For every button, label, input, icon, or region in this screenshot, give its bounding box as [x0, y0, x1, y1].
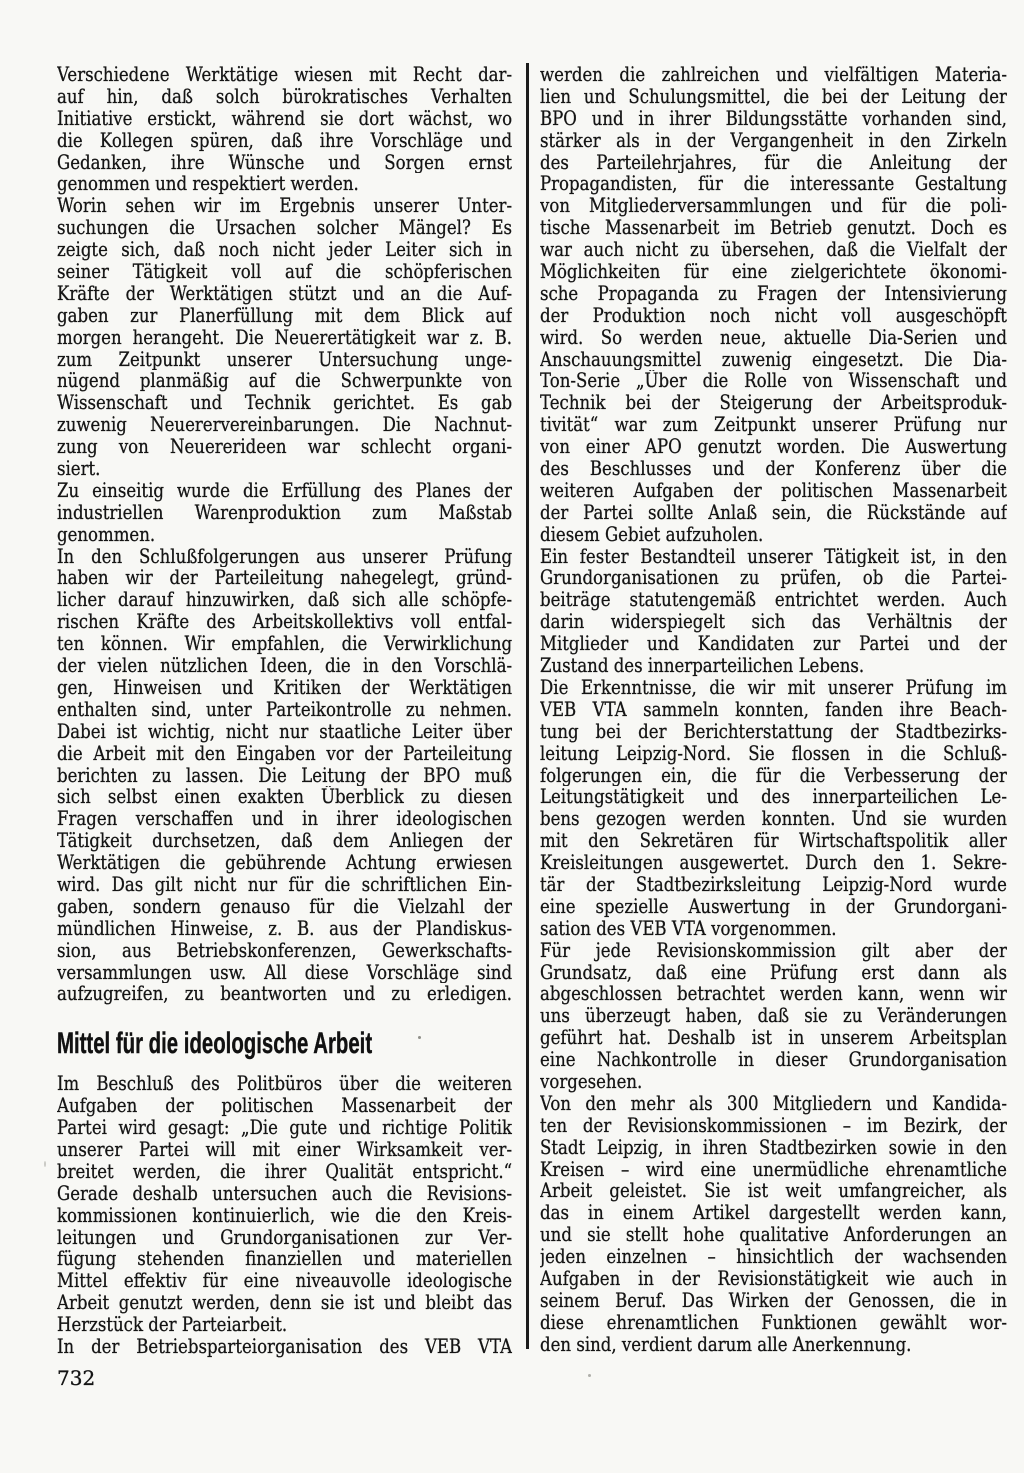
- text-line: aufzugreifen, zu beantworten und zu erle…: [57, 983, 512, 1005]
- text-line: VEB VTA sammeln konnten, fanden ihre Bea…: [540, 699, 1007, 721]
- text-line: war auch nicht zu übersehen, daß die Vie…: [540, 239, 1007, 261]
- text-line: In der Betriebsparteiorganisation des VE…: [57, 1336, 512, 1358]
- text-line: Von den mehr als 300 Mitgliedern und Kan…: [540, 1093, 1007, 1115]
- text-line: folgerungen ein, die für die Verbesserun…: [540, 765, 1007, 787]
- text-line: abgeschlossen betrachtet werden kann, we…: [540, 983, 1007, 1005]
- text-line: Anschauungsmittel zuwenig eingesetzt. Di…: [540, 349, 1007, 371]
- text-line: mit den Sekretären für Wirtschaftspoliti…: [540, 830, 1007, 852]
- text-line: Technik bei der Steigerung der Arbeitspr…: [540, 392, 1007, 414]
- text-line: des Beschlusses und der Konferenz über d…: [540, 458, 1007, 480]
- text-line: eine spezielle Auswertung in der Grundor…: [540, 896, 1007, 918]
- text-line: mündlichen Hinweise, z. B. aus der Pland…: [57, 918, 512, 940]
- text-line: Kräfte der Werktätigen stützt und an die…: [57, 283, 512, 305]
- right-column: werden die zahlreichen und vielfältigen …: [540, 64, 1007, 1356]
- page-number: 732: [57, 1366, 95, 1390]
- text-line: sion, aus Betriebskonferenzen, Gewerksch…: [57, 940, 512, 962]
- text-line: wird. So werden neue, aktuelle Dia-Serie…: [540, 327, 1007, 349]
- text-line: eine Nachkontrolle in dieser Grundorgani…: [540, 1049, 1007, 1071]
- scan-speck: [44, 1161, 46, 1167]
- text-line: Gedanken, ihre Wünsche und Sorgen ernst: [57, 152, 512, 174]
- paragraph: Zu einseitig wurde die Erfüllung des Pla…: [57, 480, 512, 546]
- text-line: In den Schlußfolgerungen aus unserer Prü…: [57, 546, 512, 568]
- section-heading-text: Mittel für die ideologische Arbeit: [57, 1021, 372, 1067]
- text-line: Leitungstätigkeit und des innerparteilic…: [540, 786, 1007, 808]
- text-line: leitungen und Grundorganisationen zur Ve…: [57, 1227, 512, 1249]
- text-line: werden die zahlreichen und vielfältigen …: [540, 64, 1007, 86]
- paragraph: Worin sehen wir im Ergebnis unserer Unte…: [57, 195, 512, 480]
- text-line: Kreisleitungen ausgewertet. Durch den 1.…: [540, 852, 1007, 874]
- text-line: versammlungen usw. All diese Vorschläge …: [57, 962, 512, 984]
- text-line: Worin sehen wir im Ergebnis unserer Unte…: [57, 195, 512, 217]
- text-line: leitung Leipzig-Nord. Sie flossen in die…: [540, 743, 1007, 765]
- column-divider: [526, 63, 529, 1349]
- text-line: tung bei der Berichterstattung der Stadt…: [540, 721, 1007, 743]
- text-line: ten können. Wir empfahlen, die Verwirkli…: [57, 633, 512, 655]
- text-line: Kreisen – wird eine unermüdliche ehrenam…: [540, 1159, 1007, 1181]
- text-line: Für jede Revisionskommission gilt aber d…: [540, 940, 1007, 962]
- text-line: licher darauf hinzuwirken, daß sich alle…: [57, 589, 512, 611]
- text-line: Verschiedene Werktätige wiesen mit Recht…: [57, 64, 512, 86]
- text-line: darin widerspiegelt sich das Verhältnis …: [540, 611, 1007, 633]
- text-line: zung von Neuererideen war schlecht organ…: [57, 436, 512, 458]
- text-line: Fragen verschaffen und in ihrer ideologi…: [57, 808, 512, 830]
- text-line: gaben, sondern genauso für die Vielzahl …: [57, 896, 512, 918]
- text-line: der Partei sollte Anlaß sein, die Rückst…: [540, 502, 1007, 524]
- text-line: kommissionen kontinuierlich, wie die den…: [57, 1205, 512, 1227]
- scan-speck: [588, 1374, 591, 1377]
- text-line: vorgesehen.: [540, 1071, 1007, 1093]
- text-line: Arbeit geleistet. Sie ist weit umfangrei…: [540, 1180, 1007, 1202]
- text-line: Dabei ist wichtig, nicht nur staatliche …: [57, 721, 512, 743]
- paragraph: Für jede Revisionskommission gilt aber d…: [540, 940, 1007, 1093]
- text-line: Im Beschluß des Politbüros über die weit…: [57, 1073, 512, 1095]
- text-line: gaben zur Planerfüllung mit dem Blick au…: [57, 305, 512, 327]
- text-line: siert.: [57, 458, 512, 480]
- scan-speck: [418, 1036, 421, 1039]
- text-line: Grundorganisationen zu prüfen, ob die Pa…: [540, 567, 1007, 589]
- text-line: das in einem Artikel dargestellt werden …: [540, 1202, 1007, 1224]
- text-line: fügung stehenden finanziellen und materi…: [57, 1248, 512, 1270]
- text-line: die Arbeit mit den Eingaben vor der Part…: [57, 743, 512, 765]
- text-line: von einer APO genutzt worden. Die Auswer…: [540, 436, 1007, 458]
- text-line: Initiative erstickt, während sie dort wä…: [57, 108, 512, 130]
- text-line: bens gezogen werden konnten. Und sie wur…: [540, 808, 1007, 830]
- text-line: morgen herangeht. Die Neuerertätigkeit w…: [57, 327, 512, 349]
- text-line: gen, Hinweisen und Kritiken der Werktäti…: [57, 677, 512, 699]
- text-line: Zustand des innerparteilichen Lebens.: [540, 655, 1007, 677]
- text-line: ten der Revisionskommissionen – im Bezir…: [540, 1115, 1007, 1137]
- text-line: auf hin, daß solch bürokratisches Verhal…: [57, 86, 512, 108]
- text-line: seiner Tätigkeit voll auf die schöpferis…: [57, 261, 512, 283]
- text-line: Grundsatz, daß eine Prüfung erst dann al…: [540, 962, 1007, 984]
- text-line: uns überzeugt haben, daß sie zu Veränder…: [540, 1005, 1007, 1027]
- text-line: der vielen nützlichen Ideen, die in den …: [57, 655, 512, 677]
- text-line: berichten zu lassen. Die Leitung der BPO…: [57, 765, 512, 787]
- text-line: des Parteilehrjahres, für die Anleitung …: [540, 152, 1007, 174]
- text-line: Stadt Leipzig, in ihren Stadtbezirken so…: [540, 1137, 1007, 1159]
- text-line: zeigte sich, daß noch nicht jeder Leiter…: [57, 239, 512, 261]
- text-line: tische Massenarbeit im Betrieb genutzt. …: [540, 217, 1007, 239]
- text-line: den sind, verdient darum alle Anerkennun…: [540, 1334, 1007, 1356]
- text-line: sation des VEB VTA vorgenommen.: [540, 918, 1007, 940]
- text-line: Möglichkeiten für eine zielgerichtete ök…: [540, 261, 1007, 283]
- text-line: der Produktion noch nicht voll ausgeschö…: [540, 305, 1007, 327]
- text-line: Tätigkeit durchsetzen, daß dem Anliegen …: [57, 830, 512, 852]
- paragraph: werden die zahlreichen und vielfältigen …: [540, 64, 1007, 546]
- text-line: Propagandisten, für die interessante Ges…: [540, 173, 1007, 195]
- section-heading: Mittel für die ideologische Arbeit: [57, 1021, 512, 1067]
- left-column: Verschiedene Werktätige wiesen mit Recht…: [57, 64, 512, 1358]
- text-line: Aufgaben der politischen Massenarbeit de…: [57, 1095, 512, 1117]
- text-line: Die Erkenntnisse, die wir mit unserer Pr…: [540, 677, 1007, 699]
- text-line: die Kollegen spüren, daß ihre Vorschläge…: [57, 130, 512, 152]
- text-line: beiträge statutengemäß entrichtet werden…: [540, 589, 1007, 611]
- text-line: Herzstück der Parteiarbeit.: [57, 1314, 512, 1336]
- text-line: enthalten sind, unter Parteikontrolle zu…: [57, 699, 512, 721]
- paragraph: In der Betriebsparteiorganisation des VE…: [57, 1336, 512, 1358]
- text-line: Werktätigen die gebührende Achtung erwie…: [57, 852, 512, 874]
- text-line: zum Zeitpunkt unserer Untersuchung unge-: [57, 349, 512, 371]
- text-line: Aufgaben in der Revisionstätigkeit wie a…: [540, 1268, 1007, 1290]
- text-line: Mitglieder und Kandidaten zur Partei und…: [540, 633, 1007, 655]
- text-line: Ein fester Bestandteil unserer Tätigkeit…: [540, 546, 1007, 568]
- paragraph: Die Erkenntnisse, die wir mit unserer Pr…: [540, 677, 1007, 940]
- text-line: unserer Partei will mit einer Wirksamkei…: [57, 1139, 512, 1161]
- text-line: Ton-Serie „Über die Rolle von Wissenscha…: [540, 370, 1007, 392]
- text-line: diese ehrenamtlichen Funktionen gewählt …: [540, 1312, 1007, 1334]
- text-line: jeden einzelnen – hinsichtlich der wachs…: [540, 1246, 1007, 1268]
- text-line: und sie stellt hohe qualitative Anforder…: [540, 1224, 1007, 1246]
- paragraph: Im Beschluß des Politbüros über die weit…: [57, 1073, 512, 1336]
- text-line: Gerade deshalb untersuchen auch die Revi…: [57, 1183, 512, 1205]
- text-line: industriellen Warenproduktion zum Maßsta…: [57, 502, 512, 524]
- text-line: sich selbst einen exakten Überblick zu d…: [57, 786, 512, 808]
- text-line: stärker als in der Vergangenheit in den …: [540, 130, 1007, 152]
- text-line: genommen.: [57, 524, 512, 546]
- paragraph: Von den mehr als 300 Mitgliedern und Kan…: [540, 1093, 1007, 1356]
- text-line: sche Propaganda zu Fragen der Intensivie…: [540, 283, 1007, 305]
- text-line: zuwenig Neuerervereinbarungen. Die Nachn…: [57, 414, 512, 436]
- text-line: breitet werden, die ihrer Qualität entsp…: [57, 1161, 512, 1183]
- text-line: diesem Gebiet aufzuholen.: [540, 524, 1007, 546]
- text-line: rischen Kräfte des Arbeitskollektivs vol…: [57, 611, 512, 633]
- paragraph: Ein fester Bestandteil unserer Tätigkeit…: [540, 546, 1007, 677]
- text-line: tär der Stadtbezirksleitung Leipzig-Nord…: [540, 874, 1007, 896]
- text-line: von Mitgliederversammlungen und für die …: [540, 195, 1007, 217]
- text-line: weiteren Aufgaben der politischen Massen…: [540, 480, 1007, 502]
- paragraph: Verschiedene Werktätige wiesen mit Recht…: [57, 64, 512, 195]
- magazine-page: Verschiedene Werktätige wiesen mit Recht…: [0, 0, 1024, 1473]
- text-line: lien und Schulungsmittel, die bei der Le…: [540, 86, 1007, 108]
- text-line: Arbeit genutzt werden, denn sie ist und …: [57, 1292, 512, 1314]
- paragraph: In den Schlußfolgerungen aus unserer Prü…: [57, 546, 512, 1006]
- text-line: tivität“ war zum Zeitpunkt unserer Prüfu…: [540, 414, 1007, 436]
- text-line: geführt hat. Deshalb ist in unserem Arbe…: [540, 1027, 1007, 1049]
- text-line: wird. Das gilt nicht nur für die schrift…: [57, 874, 512, 896]
- text-line: BPO und in ihrer Bildungsstätte vorhande…: [540, 108, 1007, 130]
- text-line: Wissenschaft und Technik gerichtet. Es g…: [57, 392, 512, 414]
- text-line: Mittel effektiv für eine niveauvolle ide…: [57, 1270, 512, 1292]
- text-line: seinem Beruf. Das Wirken der Genossen, d…: [540, 1290, 1007, 1312]
- text-line: haben wir der Parteileitung nahegelegt, …: [57, 567, 512, 589]
- text-line: Partei wird gesagt: „Die gute und richti…: [57, 1117, 512, 1139]
- text-line: suchungen die Ursachen solcher Mängel? E…: [57, 217, 512, 239]
- text-line: Zu einseitig wurde die Erfüllung des Pla…: [57, 480, 512, 502]
- text-line: nügend planmäßig auf die Schwerpunkte vo…: [57, 370, 512, 392]
- text-line: genommen und respektiert werden.: [57, 173, 512, 195]
